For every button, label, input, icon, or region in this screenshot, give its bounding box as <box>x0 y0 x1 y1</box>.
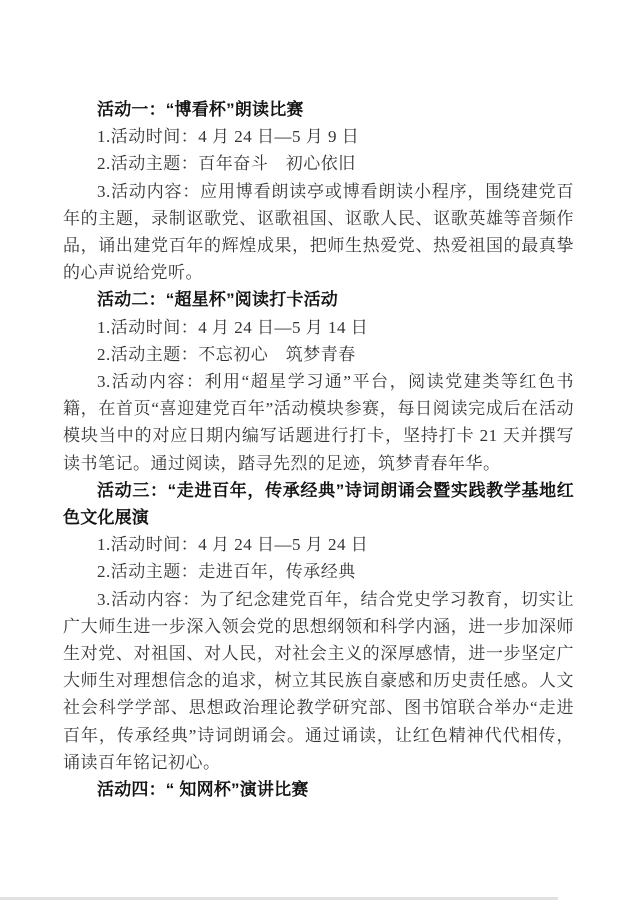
activity-3-time: 1.活动时间：4 月 24 日—5 月 24 日 <box>63 531 574 558</box>
activity-2-time: 1.活动时间：4 月 24 日—5 月 14 日 <box>63 314 574 341</box>
activity-section-1: 活动一：“博看杯”朗读比赛 1.活动时间：4 月 24 日—5 月 9 日 2.… <box>63 96 574 286</box>
activity-3-heading: 活动三：“走进百年，传承经典”诗词朗诵会暨实践教学基地红色文化展演 <box>63 477 574 531</box>
activity-1-theme: 2.活动主题：百年奋斗 初心依旧 <box>63 150 574 177</box>
activity-4-heading: 活动四：“ 知网杯”演讲比赛 <box>63 776 574 803</box>
activity-2-theme: 2.活动主题：不忘初心 筑梦青春 <box>63 341 574 368</box>
document-text-block: 活动一：“博看杯”朗读比赛 1.活动时间：4 月 24 日—5 月 9 日 2.… <box>63 96 574 803</box>
document-page: 活动一：“博看杯”朗读比赛 1.活动时间：4 月 24 日—5 月 9 日 2.… <box>0 0 636 900</box>
activity-2-content: 3.活动内容：利用“超星学习通”平台，阅读党建类等红色书籍，在首页“喜迎建党百年… <box>63 368 574 477</box>
activity-2-heading: 活动二：“超星杯”阅读打卡活动 <box>63 286 574 313</box>
activity-1-heading: 活动一：“博看杯”朗读比赛 <box>63 96 574 123</box>
activity-section-3: 活动三：“走进百年，传承经典”诗词朗诵会暨实践教学基地红色文化展演 1.活动时间… <box>63 477 574 776</box>
activity-3-content: 3.活动内容：为了纪念建党百年，结合党史学习教育，切实让广大师生进一步深入领会党… <box>63 586 574 776</box>
activity-1-time: 1.活动时间：4 月 24 日—5 月 9 日 <box>63 123 574 150</box>
activity-3-theme: 2.活动主题：走进百年，传承经典 <box>63 558 574 585</box>
activity-section-4: 活动四：“ 知网杯”演讲比赛 <box>63 776 574 803</box>
activity-section-2: 活动二：“超星杯”阅读打卡活动 1.活动时间：4 月 24 日—5 月 14 日… <box>63 286 574 476</box>
activity-1-content: 3.活动内容：应用博看朗读亭或博看朗读小程序，围绕建党百年的主题，录制讴歌党、讴… <box>63 178 574 287</box>
